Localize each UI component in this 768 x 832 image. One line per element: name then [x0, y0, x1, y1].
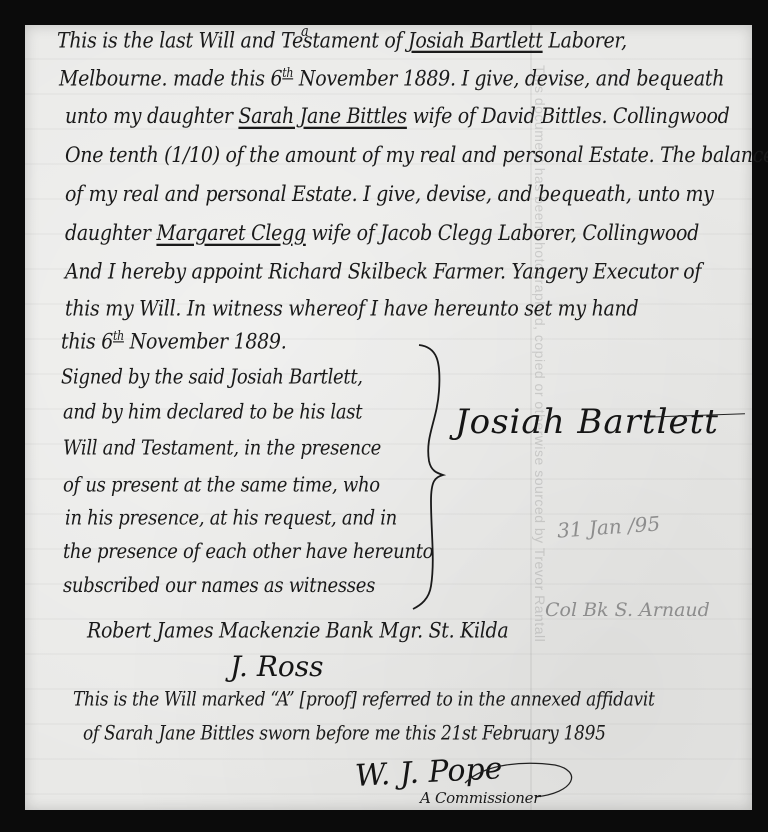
attestation-line-4: of us present at the same time, who	[63, 473, 380, 497]
will-line-3-text: unto my daughter	[65, 104, 238, 129]
pencil-note-date: 31 Jan /95	[556, 511, 661, 542]
will-line-1-text: This is the last Will and Testament	[57, 28, 384, 53]
will-line-8: this my Will. In witness whereof I have …	[65, 296, 638, 321]
will-line-3-tail: wife of David Bittles. Collingwood	[407, 104, 730, 129]
attestation-line-6: the presence of each other have hereunto	[63, 540, 433, 564]
will-line-1: a This is the last Will and Testament of…	[57, 28, 627, 53]
will-line-6: daughter Margaret Clegg wife of Jacob Cl…	[65, 221, 699, 246]
pencil-note-location: Col Bk S. Arnaud	[545, 599, 710, 621]
will-line-7: And I hereby appoint Richard Skilbeck Fa…	[65, 259, 701, 284]
attestation-line-1: Signed by the said Josiah Bartlett,	[61, 365, 363, 389]
will-line-4-text: One tenth (1/10) of the amount of my rea…	[65, 143, 768, 168]
will-line-9-tail: November 1889.	[124, 329, 287, 354]
testator-name: Josiah Bartlett	[408, 28, 543, 53]
attestation-line-2: and by him declared to be his last	[63, 400, 362, 424]
document-viewer: This document has been photographed, cop…	[0, 0, 768, 832]
will-line-2-text: Melbourne. made this 6	[59, 66, 282, 91]
witness-1-signature: Robert James Mackenzie Bank Mgr. St. Kil…	[87, 618, 508, 643]
will-line-4: One tenth (1/10) of the amount of my rea…	[65, 143, 768, 168]
attestation-line-3: Will and Testament, in the presence	[63, 436, 381, 460]
affidavit-line-1: This is the Will marked “A” [proof] refe…	[73, 688, 655, 711]
will-line-5: of my real and personal Estate. I give, …	[65, 182, 714, 207]
will-line-6-tail: wife of Jacob Clegg Laborer, Collingwood	[306, 221, 699, 246]
will-line-5-text: of my real and personal Estate. I give, …	[65, 182, 714, 207]
beneficiary-1-name: Sarah Jane Bittles	[238, 104, 406, 129]
ordinal-suffix: th	[282, 66, 293, 81]
testator-signature: Josiah Bartlett	[455, 402, 719, 442]
insertion-mark: a	[301, 23, 308, 40]
affidavit-line-2: of Sarah Jane Bittles sworn before me th…	[83, 722, 606, 745]
will-line-6-text: daughter	[65, 221, 156, 246]
will-line-8-text: this my Will. In witness whereof I have …	[65, 296, 638, 321]
will-line-2: Melbourne. made this 6th November 1889. …	[59, 66, 724, 92]
ordinal-suffix: th	[113, 329, 124, 344]
will-line-9-text: this 6	[61, 329, 113, 354]
will-line-7-text: And I hereby appoint Richard Skilbeck Fa…	[65, 259, 701, 284]
will-line-3: unto my daughter Sarah Jane Bittles wife…	[65, 104, 730, 129]
curly-brace-icon	[411, 341, 451, 611]
beneficiary-2-name: Margaret Clegg	[156, 221, 305, 246]
commissioner-title: A Commissioner	[420, 789, 540, 807]
attestation-line-7: subscribed our names as witnesses	[63, 574, 375, 598]
witness-2-signature: J. Ross	[230, 650, 324, 683]
will-document-page: This document has been photographed, cop…	[25, 25, 752, 810]
will-line-1-tail: Laborer,	[543, 28, 627, 53]
attestation-line-5: in his presence, at his request, and in	[65, 506, 397, 530]
will-line-1-of: of	[384, 28, 408, 53]
will-line-2-tail: November 1889. I give, devise, and beque…	[293, 66, 724, 91]
will-line-9: this 6th November 1889.	[61, 329, 286, 355]
